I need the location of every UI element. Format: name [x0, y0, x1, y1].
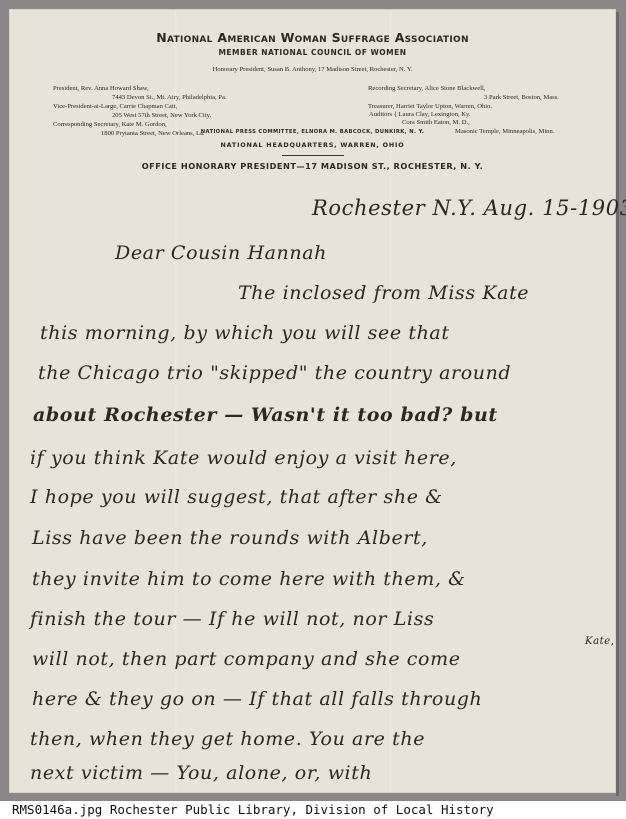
letterhead-divider	[282, 155, 344, 156]
officer-line: 3 Park Street, Boston, Mass.	[484, 93, 559, 103]
letter-line: finish the tour — If he will not, nor Li…	[30, 608, 434, 630]
letter-line: next victim — You, alone, or, with	[30, 762, 372, 784]
letter-line: then, when they get home. You are the	[30, 728, 425, 750]
letterhead-honorary-president: Honorary President, Susan B. Anthony, 17…	[9, 66, 616, 73]
letterhead-title: National American Woman Suffrage Associa…	[9, 30, 616, 45]
letter-line: the Chicago trio "skipped" the country a…	[38, 362, 511, 384]
letterhead-subtitle: MEMBER NATIONAL COUNCIL OF WOMEN	[9, 48, 616, 57]
letter-dateline: Rochester N.Y. Aug. 15-1903	[312, 196, 626, 220]
letter-salutation: Dear Cousin Hannah	[115, 242, 327, 264]
letter-line: The inclosed from Miss Kate	[238, 282, 529, 304]
letter-line: this morning, by which you will see that	[40, 322, 450, 344]
letterhead-headquarters: NATIONAL HEADQUARTERS, WARREN, OHIO	[9, 141, 616, 149]
letterhead-press-committee: NATIONAL PRESS COMMITTEE, ELNORA M. BABC…	[9, 129, 616, 135]
image-caption: RMS0146a.jpg Rochester Public Library, D…	[12, 802, 494, 817]
letter-line: about Rochester — Wasn't it too bad? but	[33, 404, 498, 426]
paper-shadow	[616, 12, 619, 796]
letter-line: Liss have been the rounds with Albert,	[32, 527, 428, 549]
letter-line: if you think Kate would enjoy a visit he…	[30, 447, 457, 469]
letter-line: they invite him to come here with them, …	[32, 568, 466, 590]
officer-line: Recording Secretary, Alice Stone Blackwe…	[368, 84, 486, 94]
letter-line: will not, then part company and she come	[32, 648, 461, 670]
letter-insertion: Kate,	[585, 636, 615, 647]
letter-line: I hope you will suggest, that after she …	[30, 486, 443, 508]
letter-line: here & they go on — If that all falls th…	[32, 688, 482, 710]
letterhead-office: OFFICE HONORARY PRESIDENT—17 MADISON ST.…	[9, 161, 616, 171]
